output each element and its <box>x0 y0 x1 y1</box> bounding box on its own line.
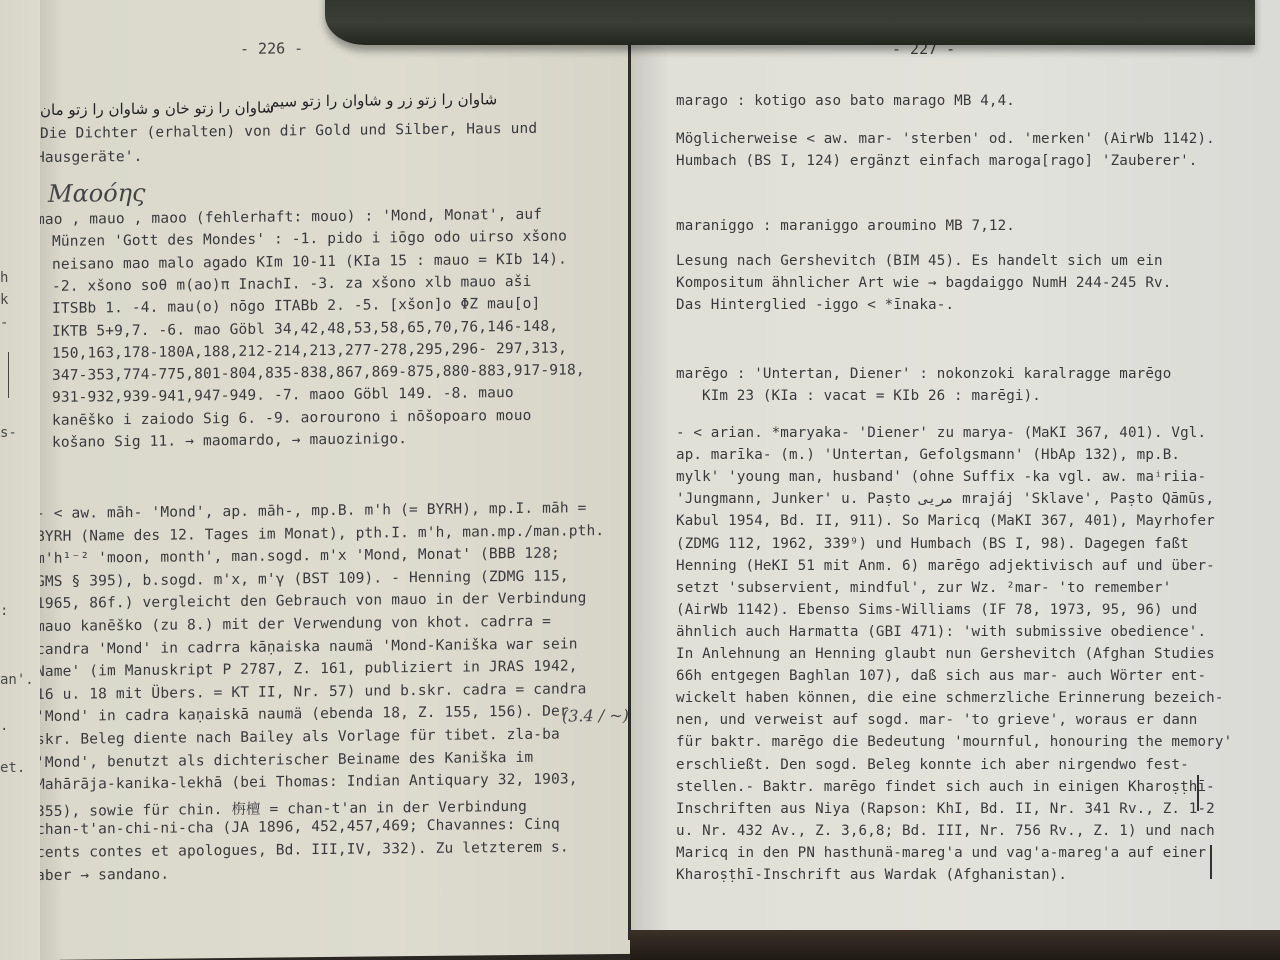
book-gutter <box>628 40 631 940</box>
text-line: 347-353,774-775,801-804,835-838,867,869-… <box>52 362 585 384</box>
translation-line: Hausgeräte'. <box>40 149 143 166</box>
text-line: mylk' 'young man, husband' (ohne Suffix … <box>676 469 1206 485</box>
dark-cover-object <box>325 0 1255 45</box>
text-line: nen, und verweist auf sogd. mar- 'to gri… <box>676 712 1198 728</box>
text-line: 355), sowie für chin. 栴檀 = chan-t'an in … <box>40 795 527 821</box>
fragment-text: s- <box>0 425 17 441</box>
text-line: ähnlich auch Harmatta (GBI 471): 'with s… <box>676 624 1206 640</box>
text-line: ITSBb 1. -4. mau(o) nōgo ITABb 2. -5. [x… <box>52 296 540 317</box>
text-line: Münzen 'Gott des Mondes' : -1. pido i iō… <box>52 229 567 250</box>
text-line: cents contes et apologues, Bd. III,IV, 3… <box>40 839 569 861</box>
text-line: Lesung nach Gershevitch (BIM 45). Es han… <box>676 253 1163 269</box>
text-line: 'Mond' in cadra kaṇaiskā naumä (ebenda 1… <box>40 704 569 726</box>
text-line: 66h entgegen Baghlan 107), daß sich aus … <box>676 668 1206 684</box>
text-line: Maricq in den PN hasthunä-mareg'a und va… <box>676 845 1206 861</box>
text-line: stellen.- Baktr. marēgo findet sich auch… <box>676 779 1215 795</box>
text-line: Das Hinterglied -iggo < *īnaka-. <box>676 297 954 313</box>
text-line: (AirWb 1142). Ebenso Sims-Williams (IF 7… <box>676 602 1198 618</box>
text-line: ap. marīka- (m.) 'Untertan, Gefolgsmann'… <box>676 447 1180 463</box>
text-line: - < arian. *maryaka- 'Diener' zu marya- … <box>676 425 1206 441</box>
right-page: - 227 - marago : kotigo aso bato marago … <box>630 0 1280 945</box>
text-line: Humbach (BS I, 124) ergänzt einfach maro… <box>676 153 1198 169</box>
text-line: candra 'Mond' in cadrra kāṇaiska naumä '… <box>40 636 578 658</box>
text-line: Kabul 1954, Bd. II, 911). So Maricq (MaK… <box>676 513 1215 529</box>
text-line: Möglicherweise < aw. mar- 'sterben' od. … <box>676 131 1215 147</box>
desk-background <box>630 930 1280 960</box>
fragment-text: : <box>0 603 8 619</box>
text-line: kanēško i zaiodo Sig 6. -9. aorourono i … <box>52 408 532 429</box>
text-line: erschließt. Den sogd. Beleg konnte ich a… <box>676 757 1189 773</box>
handwritten-margin-note: (3.4 / ~) <box>562 706 629 726</box>
text-line: -2. xšono soθ m(ao)π InachI. -3. za xšon… <box>52 274 532 295</box>
text-line: 'Jungmann, Junker' u. Paṣto مریی mrajáj … <box>676 491 1214 507</box>
text-line: marago : kotigo aso bato marago MB 4,4. <box>676 93 1015 109</box>
text-line: aber → sandano. <box>40 866 169 883</box>
text-line: 16 u. 18 mit Übers. = KT II, Nr. 57) und… <box>40 681 587 703</box>
text-line: Mahārāja-kanika-lekhā (bei Thomas: India… <box>40 772 578 794</box>
text-line: mauo kanēško (zu 8.) mit der Verwendung … <box>40 614 551 635</box>
text-line: KIm 23 (KIa : vacat = KIb 26 : marēgi). <box>702 388 1041 404</box>
text-line: Kompositum ähnlicher Art wie → bagdaiggo… <box>676 275 1171 291</box>
fragment-text: an'. <box>0 672 34 688</box>
fragment-text: . <box>0 718 8 734</box>
text-line: (ZDMG 112, 1962, 339⁹) und Humbach (BS I… <box>676 536 1189 552</box>
page-number: - 226 - <box>240 39 303 58</box>
handwritten-note: Μαοόης <box>48 179 146 208</box>
text-line: 931-932,939-941,947-949. -7. maoo Göbl 1… <box>52 385 514 406</box>
text-line: wickelt haben können, die eine schmerzli… <box>676 690 1224 706</box>
arabic-verse: شاوان را زتو زر و شاوان را زتو سیم <box>270 90 497 110</box>
text-line: m'h¹⁻² 'moon, month', man.sogd. m'x 'Mon… <box>40 546 560 567</box>
text-line: setzt 'subservient, mindful', zur Wz. ²m… <box>676 580 1171 596</box>
margin-mark <box>1197 775 1199 811</box>
text-line: Inschriften aus Niya (Rapson: KhI, Bd. I… <box>676 801 1215 817</box>
text-line: 1965, 86f.) vergleicht den Gebrauch von … <box>40 591 587 613</box>
fragment-text: k <box>0 292 8 308</box>
text-line: für baktr. marēgo die Bedeutung 'mournfu… <box>676 734 1232 750</box>
text-line: 150,163,178-180A,188,212-214,213,277-278… <box>52 340 567 361</box>
text-line: Henning (HeKI 51 mit Anm. 6) marēgo adje… <box>676 558 1215 574</box>
text-line: košano Sig 11. → maomardo, → mauozinigo. <box>52 431 407 451</box>
text-line: BYRH (Name des 12. Tages im Monat), pth.… <box>40 523 604 545</box>
text-line: GMS § 395), b.sogd. m'x, m'γ (BST 109). … <box>40 568 569 590</box>
text-line: chan-t'an-chi-ni-cha (JA 1896, 452,457,4… <box>40 817 560 838</box>
text-line: u. Nr. 432 Av., Z. 3,6,8; Bd. III, Nr. 7… <box>676 823 1215 839</box>
text-line: skr. Beleg diente nach Bailey als Vorlag… <box>40 727 560 748</box>
text-line: Kharoṣṭhī-Inschrift aus Wardak (Afghanis… <box>676 867 1067 883</box>
text-line: mao , mauo , maoo (fehlerhaft: mouo) : '… <box>40 207 542 228</box>
fragment-text: h <box>0 270 8 286</box>
text-line: Name' (im Manuskript P 2787, Z. 161, pub… <box>40 659 578 681</box>
fragment-text: et. <box>0 760 25 776</box>
left-page: - 226 - شاوان را زتو زر و شاوان را زتو س… <box>40 0 630 960</box>
text-line: marēgo : 'Untertan, Diener' : nokonzoki … <box>676 366 1171 382</box>
text-line: neisano mao malo agado KIm 10-11 (KIa 15… <box>52 251 567 272</box>
text-line: maraniggo : maraniggo aroumino MB 7,12. <box>676 218 1015 234</box>
text-line: In Anlehnung an Henning glaubt nun Gersh… <box>676 646 1215 662</box>
margin-mark <box>1210 845 1212 879</box>
text-line: 'Mond', benutzt als dichterischer Beinam… <box>40 749 533 770</box>
margin-mark <box>8 352 9 398</box>
translation-line: Die Dichter (erhalten) von dir Gold und … <box>40 121 537 142</box>
text-line: IKTB 5+9,7. -6. mao Göbl 34,42,48,53,58,… <box>52 318 558 339</box>
arabic-verse: شاوان را زتو خان و شاوان را زتو مان <box>40 99 274 119</box>
fragment-text: - <box>0 315 8 331</box>
text-line: - < aw. māh- 'Mond', ap. māh-, mp.B. m'h… <box>40 500 587 522</box>
